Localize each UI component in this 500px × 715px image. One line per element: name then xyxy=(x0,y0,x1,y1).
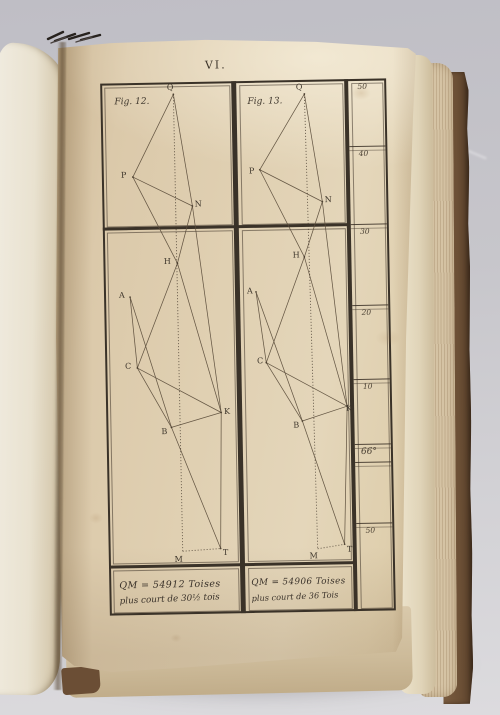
fig12-caption: QM = 54912 Toises plus court de 30½ tois xyxy=(119,572,221,606)
scale-label: 40 xyxy=(351,149,375,158)
point-label-a: A xyxy=(247,286,253,295)
point-label-c: C xyxy=(257,356,264,365)
point-label-k: K xyxy=(346,404,352,413)
point-label-n: N xyxy=(325,195,332,204)
fig13-caption: QM = 54906 Toises plus court de 36 Tois xyxy=(251,568,346,602)
point-label-b: B xyxy=(293,421,299,430)
point-label-p: P xyxy=(121,171,127,180)
point-label-b: B xyxy=(161,427,167,436)
scale-label-degree: 66° xyxy=(357,447,381,457)
point-label-n: N xyxy=(195,199,202,208)
point-label-k: K xyxy=(224,407,230,416)
fig12-caption-line1: QM = 54912 Toises xyxy=(119,579,220,592)
point-label-h: H xyxy=(293,251,300,260)
binding-stitching xyxy=(46,26,104,48)
scale-label: 10 xyxy=(356,382,380,391)
plate-page: VI. 50 40 30 xyxy=(56,38,418,674)
point-label-h: H xyxy=(164,257,171,266)
fig13-caption-line1: QM = 54906 Toises xyxy=(251,576,345,588)
fig13-label: Fig. 13. xyxy=(247,96,282,107)
cover-corner xyxy=(61,666,101,696)
plate-number: VI. xyxy=(196,58,236,72)
scale-label: 50 xyxy=(350,82,374,91)
scale-label: 50 xyxy=(358,526,382,535)
point-label-a: A xyxy=(119,291,125,300)
point-label-m: M xyxy=(175,555,184,564)
triangulation-diagram xyxy=(100,78,396,615)
point-label-t: T xyxy=(347,545,353,554)
point-label-q: Q xyxy=(296,82,303,91)
point-label-m: M xyxy=(310,551,319,560)
fig12-label: Fig. 12. xyxy=(114,97,149,108)
point-label-t: T xyxy=(223,548,229,557)
point-label-q: Q xyxy=(167,83,174,92)
scale-label: 20 xyxy=(354,308,378,317)
photo-of-open-book: VI. 50 40 30 xyxy=(0,0,500,715)
engraved-plate: VI. 50 40 30 xyxy=(100,78,396,615)
point-label-c: C xyxy=(125,362,132,371)
point-label-p: P xyxy=(249,166,255,175)
scale-label: 30 xyxy=(353,227,377,236)
